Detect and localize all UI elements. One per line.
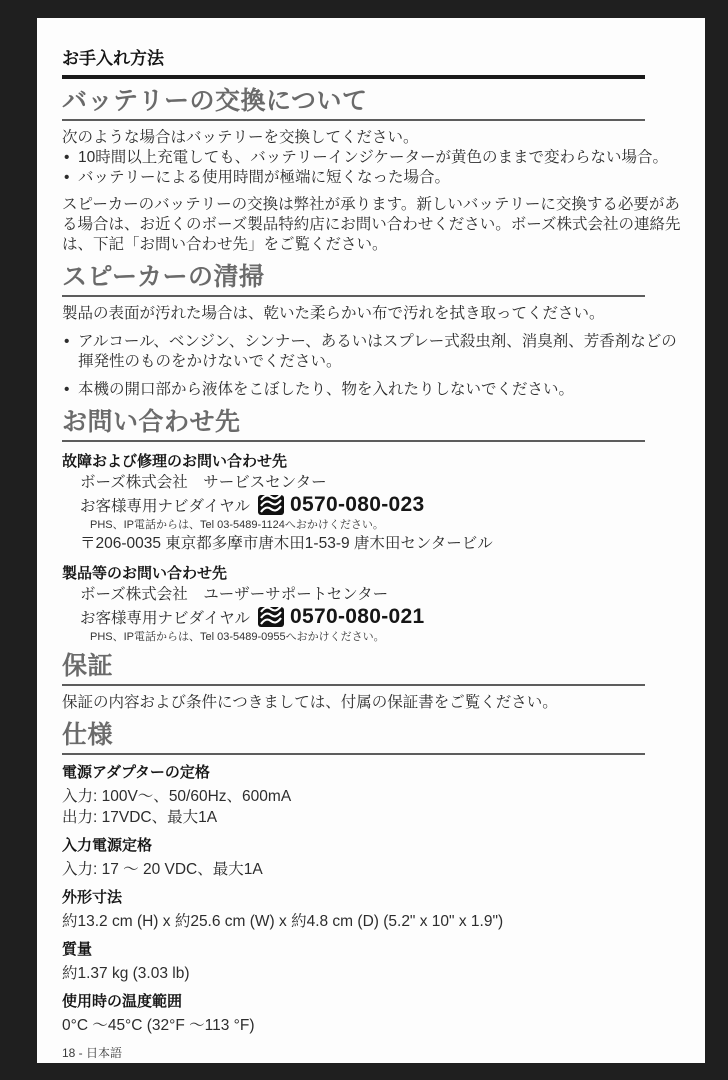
spec-item-dimensions: 外形寸法 約13.2 cm (H) x 約25.6 cm (W) x 約4.8 … bbox=[62, 888, 683, 932]
spec-item-input-power: 入力電源定格 入力: 17 〜 20 VDC、最大1A bbox=[62, 836, 683, 880]
specs-section-heading: 仕様 bbox=[62, 721, 645, 755]
spec-value: 入力: 100V〜、50/60Hz、600mA bbox=[62, 786, 683, 807]
spec-item-weight: 質量 約1.37 kg (3.03 lb) bbox=[62, 940, 683, 984]
product-dial-row: お客様専用ナビダイヤル 0570-080-021 bbox=[80, 605, 683, 629]
manual-page: お手入れ方法 バッテリーの交換について 次のような場合はバッテリーを交換してくだ… bbox=[37, 18, 705, 1063]
section-contact: お問い合わせ先 故障および修理のお問い合わせ先 ボーズ株式会社 サービスセンター… bbox=[62, 408, 683, 644]
spec-item-operating-temperature: 使用時の温度範囲 0°C 〜45°C (32°F 〜113 °F) bbox=[62, 992, 683, 1036]
page-number-footer: 18 - 日本語 bbox=[62, 1046, 683, 1061]
spec-label: 外形寸法 bbox=[62, 888, 683, 907]
battery-bullet-1: • 10時間以上充電しても、バッテリーインジケーターが黄色のままで変わらない場合… bbox=[62, 148, 683, 168]
spec-value: 約13.2 cm (H) x 約25.6 cm (W) x 約4.8 cm (D… bbox=[62, 911, 683, 932]
repair-contact-org: ボーズ株式会社 サービスセンター bbox=[80, 472, 683, 493]
contact-block-repair: 故障および修理のお問い合わせ先 ボーズ株式会社 サービスセンター お客様専用ナビ… bbox=[62, 452, 683, 554]
page-title: お手入れ方法 bbox=[62, 48, 645, 79]
section-speaker-cleaning: スピーカーの清掃 製品の表面が汚れた場合は、乾いた柔らかい布で汚れを拭き取ってく… bbox=[62, 263, 683, 400]
section-warranty: 保証 保証の内容および条件につきましては、付属の保証書をご覧ください。 bbox=[62, 652, 683, 713]
spec-item-power-adapter: 電源アダプターの定格 入力: 100V〜、50/60Hz、600mA 出力: 1… bbox=[62, 763, 683, 828]
contact-section-heading: お問い合わせ先 bbox=[62, 408, 645, 442]
section-battery-replacement: バッテリーの交換について 次のような場合はバッテリーを交換してください。 • 1… bbox=[62, 87, 683, 255]
spec-label: 質量 bbox=[62, 940, 683, 959]
bullet-dot-icon: • bbox=[62, 332, 78, 372]
spec-value: 出力: 17VDC、最大1A bbox=[62, 807, 683, 828]
spec-label: 使用時の温度範囲 bbox=[62, 992, 683, 1011]
bullet-text: バッテリーによる使用時間が極端に短くなった場合。 bbox=[78, 168, 683, 188]
bullet-text: 本機の開口部から液体をこぼしたり、物を入れたりしないでください。 bbox=[78, 380, 683, 400]
product-contact-title: 製品等のお問い合わせ先 bbox=[62, 564, 683, 583]
navidial-phone-icon bbox=[258, 606, 284, 628]
dial-label: お客様専用ナビダイヤル bbox=[80, 606, 250, 628]
dial-label: お客様専用ナビダイヤル bbox=[80, 494, 250, 516]
repair-address: 〒206-0035 東京都多摩市唐木田1-53-9 唐木田センタービル bbox=[80, 533, 683, 554]
cleaning-bullet-2: • 本機の開口部から液体をこぼしたり、物を入れたりしないでください。 bbox=[62, 380, 683, 400]
product-phone-number: 0570-080-021 bbox=[290, 605, 424, 629]
bullet-dot-icon: • bbox=[62, 380, 78, 400]
spec-value: 入力: 17 〜 20 VDC、最大1A bbox=[62, 859, 683, 880]
navidial-phone-icon bbox=[258, 494, 284, 516]
contact-block-product: 製品等のお問い合わせ先 ボーズ株式会社 ユーザーサポートセンター お客様専用ナビ… bbox=[62, 564, 683, 644]
repair-phs-note: PHS、IP電話からは、Tel 03-5489-1124へおかけください。 bbox=[90, 518, 683, 532]
bullet-dot-icon: • bbox=[62, 148, 78, 168]
spec-value: 0°C 〜45°C (32°F 〜113 °F) bbox=[62, 1015, 683, 1036]
repair-phone-number: 0570-080-023 bbox=[290, 493, 424, 517]
spec-label: 入力電源定格 bbox=[62, 836, 683, 855]
battery-intro-text: 次のような場合はバッテリーを交換してください。 bbox=[62, 128, 683, 148]
battery-bullet-2: • バッテリーによる使用時間が極端に短くなった場合。 bbox=[62, 168, 683, 188]
spec-label: 電源アダプターの定格 bbox=[62, 763, 683, 782]
warranty-section-heading: 保証 bbox=[62, 652, 645, 686]
dark-backdrop: { "doc": { "title": "お手入れ方法", "bullet_ch… bbox=[0, 0, 728, 1080]
product-contact-org: ボーズ株式会社 ユーザーサポートセンター bbox=[80, 584, 683, 605]
cleaning-intro-text: 製品の表面が汚れた場合は、乾いた柔らかい布で汚れを拭き取ってください。 bbox=[62, 304, 683, 324]
section-specifications: 仕様 電源アダプターの定格 入力: 100V〜、50/60Hz、600mA 出力… bbox=[62, 721, 683, 1036]
cleaning-section-heading: スピーカーの清掃 bbox=[62, 263, 645, 297]
repair-dial-row: お客様専用ナビダイヤル 0570-080-023 bbox=[80, 493, 683, 517]
battery-section-heading: バッテリーの交換について bbox=[62, 87, 645, 121]
warranty-paragraph: 保証の内容および条件につきましては、付属の保証書をご覧ください。 bbox=[62, 693, 683, 713]
cleaning-bullet-1: • アルコール、ベンジン、シンナー、あるいはスプレー式殺虫剤、消臭剤、芳香剤など… bbox=[62, 332, 683, 372]
bullet-text: 10時間以上充電しても、バッテリーインジケーターが黄色のままで変わらない場合。 bbox=[78, 148, 683, 168]
product-phs-note: PHS、IP電話からは、Tel 03-5489-0955へおかけください。 bbox=[90, 630, 683, 644]
bullet-text: アルコール、ベンジン、シンナー、あるいはスプレー式殺虫剤、消臭剤、芳香剤などの揮… bbox=[78, 332, 683, 372]
repair-contact-title: 故障および修理のお問い合わせ先 bbox=[62, 452, 683, 471]
battery-paragraph: スピーカーのバッテリーの交換は弊社が承ります。新しいバッテリーに交換する必要があ… bbox=[62, 195, 683, 255]
spec-value: 約1.37 kg (3.03 lb) bbox=[62, 963, 683, 984]
bullet-dot-icon: • bbox=[62, 168, 78, 188]
